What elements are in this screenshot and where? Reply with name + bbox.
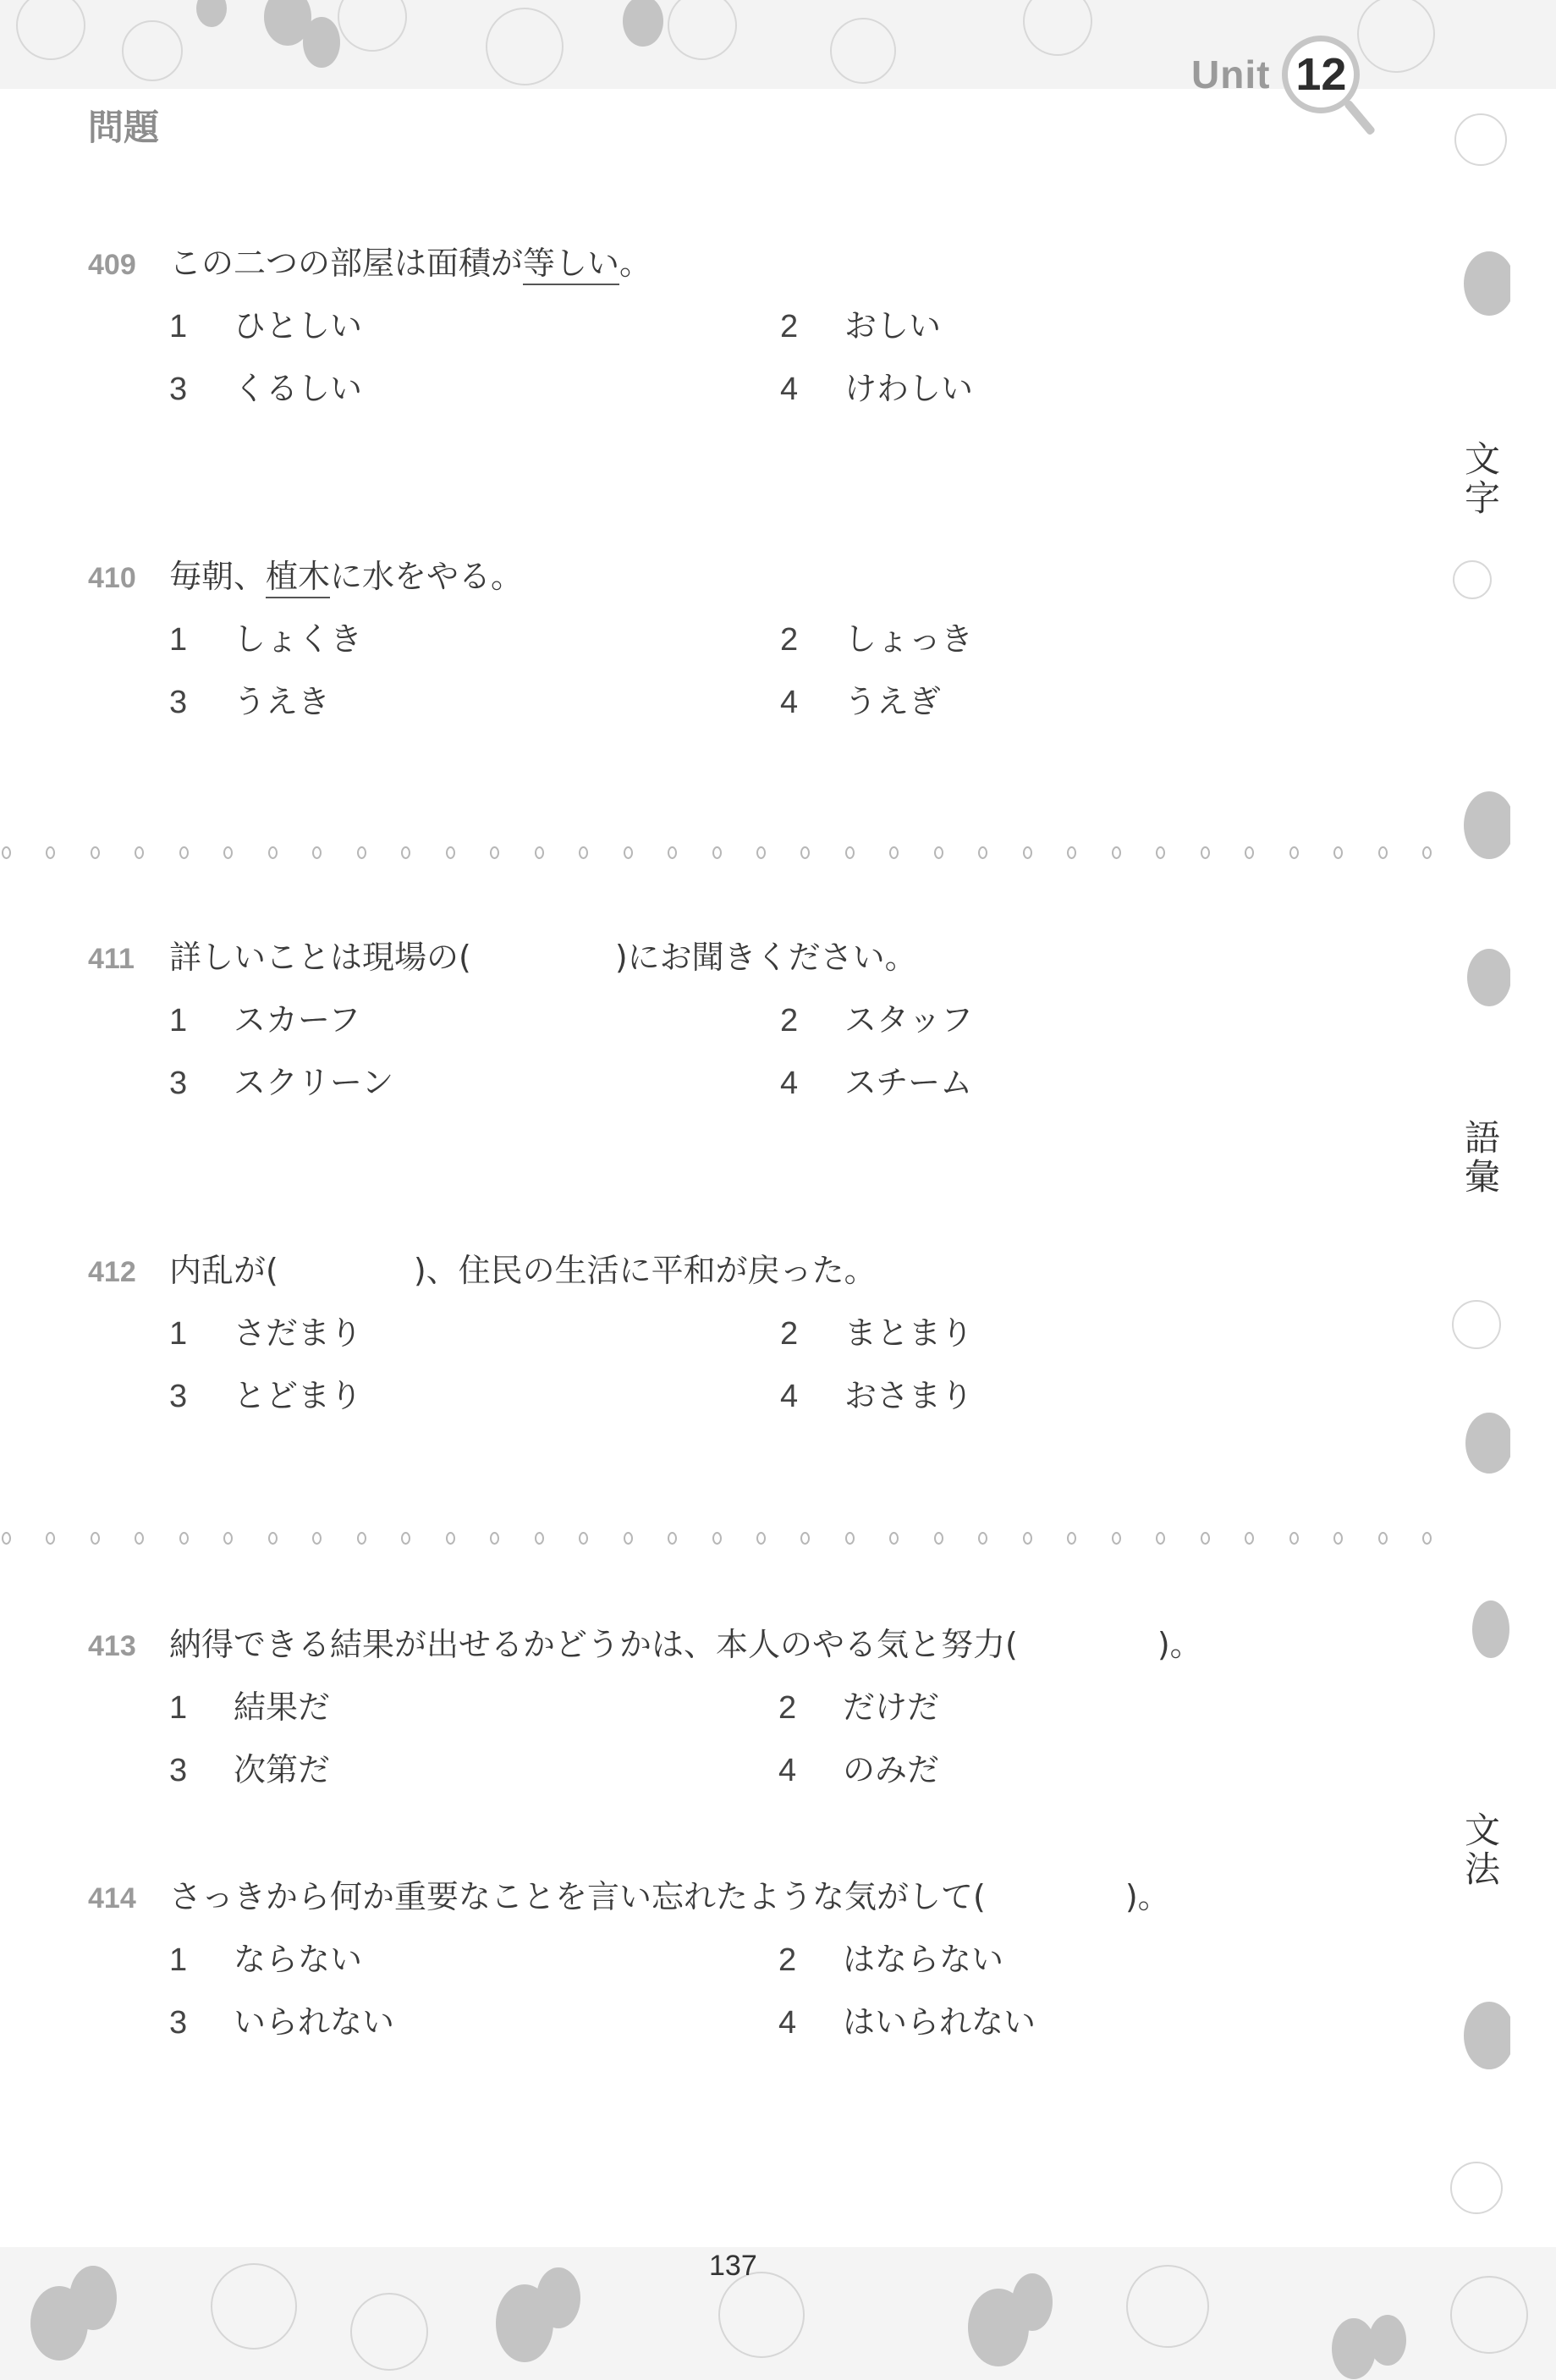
- separator-dot: [401, 1532, 410, 1545]
- separator-dot: [1333, 1532, 1343, 1545]
- separator-dot: [46, 1532, 55, 1545]
- separator-dot: [1378, 1532, 1388, 1545]
- option-number: 2: [780, 1003, 844, 1039]
- answer-option-1[interactable]: 1スカーフ: [169, 994, 780, 1046]
- answer-options: 1さだまり 2まとまり 3とどまり 4おさまり: [169, 1307, 1408, 1422]
- separator-dot: [889, 1532, 899, 1545]
- stem-before: さっきから何か重要なことを言い忘れたような気がして(: [169, 1878, 986, 1915]
- stem-before: 毎朝、: [169, 558, 266, 595]
- option-number: 1: [169, 309, 234, 345]
- stem-after: )。: [1157, 1626, 1202, 1663]
- answer-option-1[interactable]: 1さだまり: [169, 1307, 780, 1359]
- separator-dot: [446, 846, 455, 859]
- question-number: 413: [88, 1630, 169, 1663]
- question-number: 414: [88, 1882, 169, 1915]
- question-stem: 410 毎朝、植木に水をやる。: [88, 550, 1408, 601]
- answer-options: 1ならない 2はならない 3いられない 4はいられない: [169, 1933, 1408, 2048]
- option-number: 3: [169, 2005, 234, 2041]
- separator-dot: [978, 1532, 987, 1545]
- unit-number: 12: [1295, 48, 1346, 101]
- separator-dot: [624, 1532, 633, 1545]
- answer-option-4[interactable]: 4うえぎ: [780, 675, 1288, 728]
- separator-dot: [978, 846, 987, 859]
- question-text: 内乱が()、住民の生活に平和が戻った。: [169, 1244, 877, 1291]
- option-number: 3: [169, 372, 234, 408]
- answer-option-1[interactable]: 1ならない: [169, 1933, 778, 1986]
- section-separator: [0, 1532, 1432, 1545]
- unit-label: Unit: [1191, 52, 1270, 97]
- stem-after: )にお聞きください。: [615, 939, 917, 976]
- question-stem: 414 さっきから何か重要なことを言い忘れたような気がして()。: [88, 1870, 1408, 1921]
- option-text: おさまり: [844, 1369, 973, 1416]
- separator-dot: [2, 846, 11, 859]
- question-stem: 413 納得できる結果が出せるかどうかは、本人のやる気と努力()。: [88, 1618, 1408, 1669]
- separator-dot: [1112, 1532, 1121, 1545]
- answer-option-4[interactable]: 4けわしい: [780, 362, 1288, 415]
- answer-option-2[interactable]: 2だけだ: [778, 1681, 1286, 1733]
- option-text: おしい: [844, 300, 941, 346]
- separator-dot: [1378, 846, 1388, 859]
- option-number: 2: [780, 622, 844, 658]
- separator-dot: [268, 846, 278, 859]
- question-number: 412: [88, 1256, 169, 1289]
- option-number: 1: [169, 1942, 234, 1979]
- separator-dot: [91, 846, 100, 859]
- answer-option-3[interactable]: 3くるしい: [169, 362, 780, 415]
- question-stem: 409 この二つの部屋は面積が等しい。: [88, 237, 1408, 288]
- separator-dot: [712, 1532, 722, 1545]
- separator-dot: [446, 1532, 455, 1545]
- answer-option-3[interactable]: 3スクリーン: [169, 1056, 780, 1109]
- answer-options: 1しょくき 2しょっき 3うえき 4うえぎ: [169, 613, 1408, 728]
- option-text: さだまり: [234, 1307, 362, 1353]
- option-number: 2: [778, 1942, 843, 1979]
- separator-dot: [1422, 1532, 1432, 1545]
- unit-magnifier-icon: 12: [1282, 36, 1360, 113]
- separator-dot: [668, 846, 677, 859]
- separator-dot: [579, 846, 588, 859]
- option-number: 4: [780, 1066, 844, 1102]
- separator-dot: [312, 846, 322, 859]
- separator-dot: [579, 1532, 588, 1545]
- separator-dot: [800, 846, 810, 859]
- separator-dot: [756, 1532, 766, 1545]
- question-number: 410: [88, 562, 169, 595]
- answer-option-4[interactable]: 4スチーム: [780, 1056, 1288, 1109]
- option-text: しょっき: [844, 613, 973, 659]
- option-text: とどまり: [234, 1369, 362, 1416]
- option-text: だけだ: [843, 1681, 939, 1727]
- separator-dot: [845, 846, 855, 859]
- option-text: スチーム: [844, 1056, 972, 1103]
- option-text: スタッフ: [844, 994, 973, 1040]
- separator-dot: [135, 1532, 144, 1545]
- separator-dot: [535, 1532, 544, 1545]
- question-stem: 411 詳しいことは現場の()にお聞きください。: [88, 931, 1408, 982]
- separator-dot: [1156, 846, 1165, 859]
- option-text: しょくき: [234, 613, 362, 659]
- question-number: 409: [88, 249, 169, 282]
- separator-dot: [889, 846, 899, 859]
- question-stem: 412 内乱が()、住民の生活に平和が戻った。: [88, 1244, 1408, 1295]
- question-number: 411: [88, 943, 169, 976]
- option-text: まとまり: [844, 1307, 973, 1353]
- option-number: 4: [780, 372, 844, 408]
- option-number: 4: [778, 2005, 843, 2041]
- answer-option-2[interactable]: 2おしい: [780, 300, 1288, 352]
- option-number: 3: [169, 1753, 234, 1789]
- answer-option-4[interactable]: 4のみだ: [778, 1744, 1286, 1796]
- separator-dot: [268, 1532, 278, 1545]
- section-separator: [0, 846, 1432, 859]
- separator-dot: [1156, 1532, 1165, 1545]
- option-text: はいられない: [843, 1996, 1036, 2042]
- answer-option-4[interactable]: 4おさまり: [780, 1369, 1288, 1422]
- separator-dot: [1201, 1532, 1210, 1545]
- option-text: のみだ: [843, 1744, 939, 1790]
- answer-option-3[interactable]: 3いられない: [169, 1996, 778, 2048]
- option-number: 3: [169, 685, 234, 721]
- side-tab-moji: 文字: [1462, 440, 1498, 518]
- question-text: 詳しいことは現場の()にお聞きください。: [169, 931, 917, 978]
- separator-dot: [490, 1532, 499, 1545]
- option-text: ひとしい: [234, 300, 362, 346]
- separator-dot: [800, 1532, 810, 1545]
- separator-dot: [1067, 1532, 1076, 1545]
- option-text: くるしい: [234, 362, 362, 409]
- target-word: 植木: [266, 558, 330, 598]
- separator-dot: [668, 1532, 677, 1545]
- question-409: 409 この二つの部屋は面積が等しい。 1ひとしい 2おしい 3くるしい 4けわ…: [88, 237, 1408, 415]
- answer-option-2[interactable]: 2まとまり: [780, 1307, 1288, 1359]
- question-text: 毎朝、植木に水をやる。: [169, 550, 523, 597]
- question-410: 410 毎朝、植木に水をやる。 1しょくき 2しょっき 3うえき 4うえぎ: [88, 550, 1408, 728]
- separator-dot: [401, 846, 410, 859]
- stem-before: 内乱が(: [169, 1252, 278, 1289]
- separator-dot: [1333, 846, 1343, 859]
- option-text: はならない: [843, 1933, 1003, 1980]
- answer-options: 1スカーフ 2スタッフ 3スクリーン 4スチーム: [169, 994, 1408, 1109]
- question-414: 414 さっきから何か重要なことを言い忘れたような気がして()。 1ならない 2…: [88, 1870, 1408, 2048]
- separator-dot: [223, 1532, 233, 1545]
- page-number: 137: [709, 2250, 757, 2283]
- option-text: けわしい: [844, 362, 973, 409]
- separator-dot: [624, 846, 633, 859]
- bottom-floral-banner: [0, 2247, 1556, 2380]
- option-text: 次第だ: [234, 1744, 330, 1790]
- stem-before: 詳しいことは現場の(: [169, 939, 471, 976]
- option-number: 4: [780, 1379, 844, 1415]
- stem-before: この二つの部屋は面積が: [169, 245, 523, 282]
- answer-option-3[interactable]: 3とどまり: [169, 1369, 780, 1422]
- separator-dot: [1023, 846, 1032, 859]
- option-text: ならない: [234, 1933, 362, 1980]
- option-number: 2: [780, 1316, 844, 1353]
- separator-dot: [223, 846, 233, 859]
- stem-after: に水をやる。: [330, 558, 523, 595]
- option-number: 3: [169, 1379, 234, 1415]
- separator-dot: [1201, 846, 1210, 859]
- stem-before: 納得できる結果が出せるかどうかは、本人のやる気と努力(: [169, 1626, 1018, 1663]
- answer-option-2[interactable]: 2スタッフ: [780, 994, 1288, 1046]
- separator-dot: [91, 1532, 100, 1545]
- answer-option-2[interactable]: 2はならない: [778, 1933, 1286, 1986]
- question-412: 412 内乱が()、住民の生活に平和が戻った。 1さだまり 2まとまり 3とどま…: [88, 1244, 1408, 1422]
- answer-option-1[interactable]: 1しょくき: [169, 613, 780, 665]
- floral-pattern-icon: [0, 2247, 1556, 2380]
- question-413: 413 納得できる結果が出せるかどうかは、本人のやる気と努力()。 1結果だ 2…: [88, 1618, 1408, 1796]
- option-number: 1: [169, 1690, 234, 1727]
- side-tab-goi: 語彙: [1462, 1119, 1498, 1197]
- separator-dot: [712, 846, 722, 859]
- option-number: 2: [780, 309, 844, 345]
- separator-dot: [2, 1532, 11, 1545]
- separator-dot: [357, 846, 366, 859]
- option-number: 1: [169, 622, 234, 658]
- separator-dot: [312, 1532, 322, 1545]
- option-number: 1: [169, 1316, 234, 1353]
- option-text: うえき: [234, 675, 330, 722]
- answer-option-3[interactable]: 3次第だ: [169, 1744, 778, 1796]
- separator-dot: [179, 846, 189, 859]
- question-text: さっきから何か重要なことを言い忘れたような気がして()。: [169, 1870, 1170, 1917]
- separator-dot: [1112, 846, 1121, 859]
- option-text: うえぎ: [844, 675, 941, 722]
- answer-options: 1ひとしい 2おしい 3くるしい 4けわしい: [169, 300, 1408, 415]
- option-number: 4: [780, 685, 844, 721]
- target-word: 等しい: [523, 245, 619, 285]
- option-number: 1: [169, 1003, 234, 1039]
- separator-dot: [845, 1532, 855, 1545]
- stem-after: )、住民の生活に平和が戻った。: [414, 1252, 877, 1289]
- separator-dot: [1245, 846, 1254, 859]
- answer-option-4[interactable]: 4はいられない: [778, 1996, 1286, 2048]
- option-text: 結果だ: [234, 1681, 330, 1727]
- separator-dot: [1023, 1532, 1032, 1545]
- separator-dot: [1422, 846, 1432, 859]
- stem-after: 。: [619, 245, 652, 282]
- section-title: 問題: [88, 100, 159, 151]
- separator-dot: [934, 846, 943, 859]
- answer-option-2[interactable]: 2しょっき: [780, 613, 1288, 665]
- separator-dot: [756, 846, 766, 859]
- unit-badge: Unit 12: [1191, 36, 1360, 113]
- option-number: 2: [778, 1690, 843, 1727]
- separator-dot: [135, 846, 144, 859]
- separator-dot: [535, 846, 544, 859]
- separator-dot: [46, 846, 55, 859]
- separator-dot: [179, 1532, 189, 1545]
- separator-dot: [1245, 1532, 1254, 1545]
- option-number: 4: [778, 1753, 843, 1789]
- option-text: スカーフ: [234, 994, 360, 1040]
- question-411: 411 詳しいことは現場の()にお聞きください。 1スカーフ 2スタッフ 3スク…: [88, 931, 1408, 1109]
- separator-dot: [1289, 1532, 1299, 1545]
- separator-dot: [1289, 846, 1299, 859]
- separator-dot: [934, 1532, 943, 1545]
- option-text: スクリーン: [234, 1056, 393, 1103]
- separator-dot: [490, 846, 499, 859]
- option-text: いられない: [234, 1996, 394, 2042]
- option-number: 3: [169, 1066, 234, 1102]
- separator-dot: [1067, 846, 1076, 859]
- answer-options: 1結果だ 2だけだ 3次第だ 4のみだ: [169, 1681, 1408, 1796]
- answer-option-1[interactable]: 1ひとしい: [169, 300, 780, 352]
- separator-dot: [357, 1532, 366, 1545]
- side-tab-bunpo: 文法: [1462, 1811, 1498, 1889]
- answer-option-3[interactable]: 3うえき: [169, 675, 780, 728]
- question-text: 納得できる結果が出せるかどうかは、本人のやる気と努力()。: [169, 1618, 1202, 1665]
- stem-after: )。: [1125, 1878, 1170, 1915]
- question-text: この二つの部屋は面積が等しい。: [169, 237, 652, 284]
- answer-option-1[interactable]: 1結果だ: [169, 1681, 778, 1733]
